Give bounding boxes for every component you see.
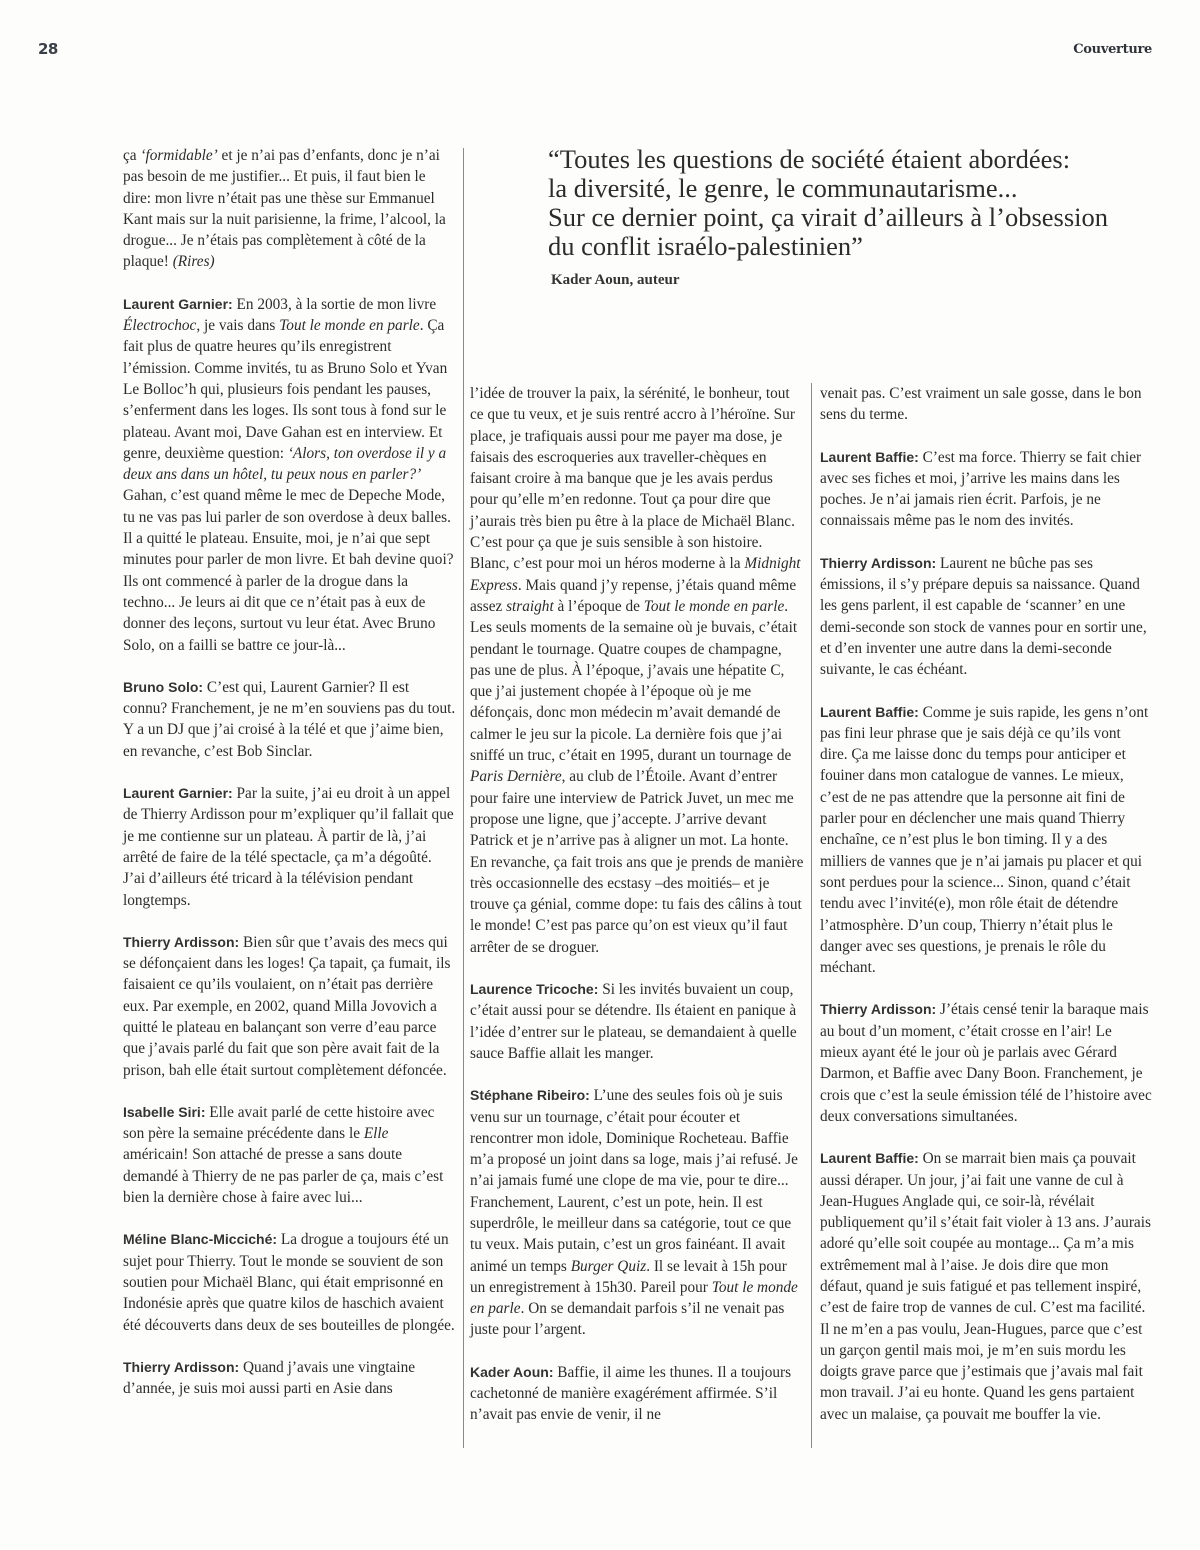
column-rule xyxy=(463,148,464,1448)
speaker-name: Laurent Baffie: xyxy=(820,1150,919,1166)
interview-answer: Laurent Garnier: En 2003, à la sortie de… xyxy=(123,294,457,656)
speaker-name: Kader Aoun: xyxy=(470,1364,553,1380)
speaker-name: Thierry Ardisson: xyxy=(820,555,936,571)
pull-quote-line: “Toutes les questions de société étaient… xyxy=(548,145,1168,174)
interview-answer: Bruno Solo: C’est qui, Laurent Garnier? … xyxy=(123,677,457,762)
speaker-name: Thierry Ardisson: xyxy=(820,1001,936,1017)
speaker-name: Thierry Ardisson: xyxy=(123,1359,239,1375)
paragraph: venait pas. C’est vraiment un sale gosse… xyxy=(820,383,1152,426)
interview-answer: Thierry Ardisson: Laurent ne bûche pas s… xyxy=(820,553,1152,681)
speaker-name: Laurent Garnier: xyxy=(123,785,233,801)
paragraph: l’idée de trouver la paix, la sérénité, … xyxy=(470,383,804,958)
article-column-2: l’idée de trouver la paix, la sérénité, … xyxy=(470,383,804,1447)
article-column-3: venait pas. C’est vraiment un sale gosse… xyxy=(820,383,1152,1446)
interview-answer: Thierry Ardisson: Bien sûr que t’avais d… xyxy=(123,932,457,1081)
interview-answer: Laurent Baffie: Comme je suis rapide, le… xyxy=(820,702,1152,979)
interview-answer: Thierry Ardisson: J’étais censé tenir la… xyxy=(820,999,1152,1127)
speaker-name: Bruno Solo: xyxy=(123,679,203,695)
page-number: 28 xyxy=(38,40,58,58)
speaker-name: Stéphane Ribeiro: xyxy=(470,1087,590,1103)
speaker-name: Laurent Garnier: xyxy=(123,296,233,312)
interview-answer: Stéphane Ribeiro: L’une des seules fois … xyxy=(470,1085,804,1341)
interview-answer: Isabelle Siri: Elle avait parlé de cette… xyxy=(123,1102,457,1208)
pull-quote-credit: Kader Aoun, auteur xyxy=(551,272,680,289)
speaker-name: Laurent Baffie: xyxy=(820,704,919,720)
interview-answer: Laurent Baffie: C’est ma force. Thierry … xyxy=(820,447,1152,532)
pull-quote-line: la diversité, le genre, le communautaris… xyxy=(548,174,1168,203)
interview-answer: Laurent Garnier: Par la suite, j’ai eu d… xyxy=(123,783,457,911)
interview-answer: Laurent Baffie: On se marrait bien mais … xyxy=(820,1148,1152,1425)
column-rule xyxy=(811,383,812,1448)
section-title: Couverture xyxy=(1073,42,1152,57)
pull-quote: “Toutes les questions de société étaient… xyxy=(548,145,1168,261)
pull-quote-line: Sur ce dernier point, ça virait d’ailleu… xyxy=(548,203,1168,232)
article-column-1: ça ‘formidable’ et je n’ai pas d’enfants… xyxy=(123,145,457,1420)
speaker-name: Thierry Ardisson: xyxy=(123,934,239,950)
speaker-name: Méline Blanc-Micciché: xyxy=(123,1231,277,1247)
speaker-name: Laurent Baffie: xyxy=(820,449,919,465)
speaker-name: Laurence Tricoche: xyxy=(470,981,598,997)
paragraph: ça ‘formidable’ et je n’ai pas d’enfants… xyxy=(123,145,457,273)
speaker-name: Isabelle Siri: xyxy=(123,1104,205,1120)
interview-answer: Laurence Tricoche: Si les invités buvaie… xyxy=(470,979,804,1064)
interview-answer: Thierry Ardisson: Quand j’avais une ving… xyxy=(123,1357,457,1400)
pull-quote-line: du conflit israélo-palestinien” xyxy=(548,232,1168,261)
interview-answer: Kader Aoun: Baffie, il aime les thunes. … xyxy=(470,1362,804,1426)
interview-answer: Méline Blanc-Micciché: La drogue a toujo… xyxy=(123,1229,457,1335)
